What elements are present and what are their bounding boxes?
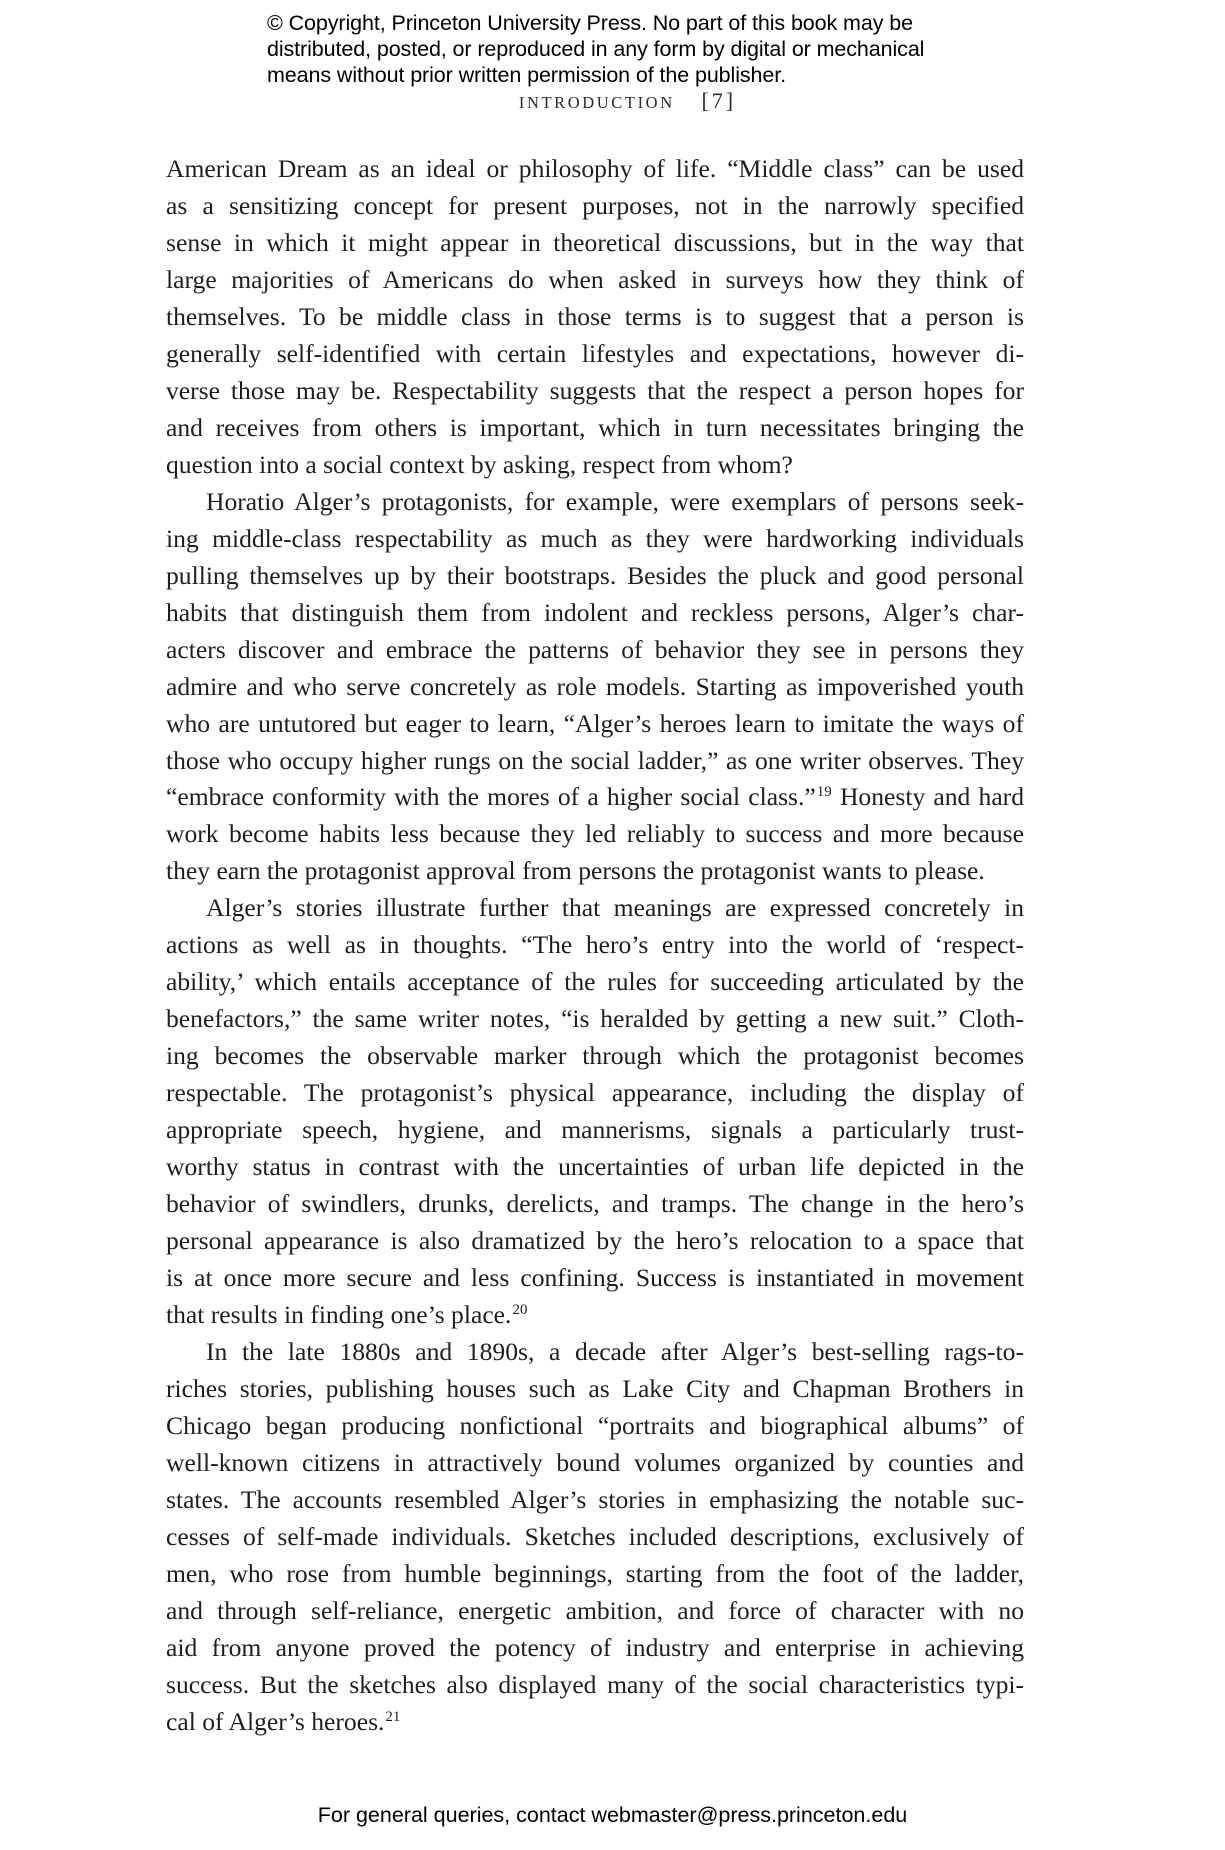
text-line: riches stories, publishing houses such a… (166, 1371, 1024, 1408)
text-line-with-footnote: “embrace conformity with the mores of a … (166, 779, 1024, 816)
body-text: American Dream as an ideal or philosophy… (166, 151, 1024, 1741)
paragraph: Alger’s stories illustrate further that … (166, 890, 1024, 1334)
text-line: men, who rose from humble beginnings, st… (166, 1556, 1024, 1593)
copyright-line: © Copyright, Princeton University Press.… (267, 10, 987, 36)
text-line: admire and who serve concretely as role … (166, 669, 1024, 706)
text-line: Alger’s stories illustrate further that … (166, 890, 1024, 927)
text-line: ing becomes the observable marker throug… (166, 1038, 1024, 1075)
page-number: [7] (701, 88, 736, 113)
text-line: Chicago began producing nonfictional “po… (166, 1408, 1024, 1445)
text-line: question into a social context by asking… (166, 447, 1024, 484)
text-line: verse those may be. Respectability sugge… (166, 373, 1024, 410)
text-line: aid from anyone proved the potency of in… (166, 1630, 1024, 1667)
text-line-with-footnote: that results in finding one’s place.20 (166, 1297, 1024, 1334)
text-line: and receives from others is important, w… (166, 410, 1024, 447)
text-line: habits that distinguish them from indole… (166, 595, 1024, 632)
text-line: work become habits less because they led… (166, 816, 1024, 853)
paragraph: Horatio Alger’s protagonists, for exampl… (166, 484, 1024, 891)
paragraph: American Dream as an ideal or philosophy… (166, 151, 1024, 484)
text-line: and through self-reliance, energetic amb… (166, 1593, 1024, 1630)
text-line: they earn the protagonist approval from … (166, 853, 1024, 890)
text-line: benefactors,” the same writer notes, “is… (166, 1001, 1024, 1038)
text-line: states. The accounts resembled Alger’s s… (166, 1482, 1024, 1519)
footnote-ref-19[interactable]: 19 (817, 784, 832, 800)
footnote-ref-21[interactable]: 21 (385, 1709, 400, 1725)
text-segment: cal of Alger’s heroes. (166, 1707, 384, 1736)
text-line: In the late 1880s and 1890s, a decade af… (166, 1334, 1024, 1371)
text-line: acters discover and embrace the patterns… (166, 632, 1024, 669)
text-line: ing middle-class respectability as much … (166, 521, 1024, 558)
text-line: sense in which it might appear in theore… (166, 225, 1024, 262)
copyright-line: means without prior written permission o… (267, 62, 987, 88)
text-line: success. But the sketches also displayed… (166, 1667, 1024, 1704)
text-line: cesses of self-made individuals. Sketche… (166, 1519, 1024, 1556)
text-line: generally self-identified with certain l… (166, 336, 1024, 373)
copyright-line: distributed, posted, or reproduced in an… (267, 36, 987, 62)
text-line: behavior of swindlers, drunks, derelicts… (166, 1186, 1024, 1223)
text-line: as a sensitizing concept for present pur… (166, 188, 1024, 225)
text-line: worthy status in contrast with the uncer… (166, 1149, 1024, 1186)
text-line: Horatio Alger’s protagonists, for exampl… (166, 484, 1024, 521)
text-line: ability,’ which entails acceptance of th… (166, 964, 1024, 1001)
text-line: pulling themselves up by their bootstrap… (166, 558, 1024, 595)
text-line: themselves. To be middle class in those … (166, 299, 1024, 336)
footnote-ref-20[interactable]: 20 (512, 1302, 527, 1318)
text-line: well-known citizens in attractively boun… (166, 1445, 1024, 1482)
text-line-with-footnote: cal of Alger’s heroes.21 (166, 1704, 1024, 1741)
text-line: who are untutored but eager to learn, “A… (166, 706, 1024, 743)
text-line: actions as well as in thoughts. “The her… (166, 927, 1024, 964)
text-line: is at once more secure and less confinin… (166, 1260, 1024, 1297)
paragraph: In the late 1880s and 1890s, a decade af… (166, 1334, 1024, 1741)
copyright-notice: © Copyright, Princeton University Press.… (267, 10, 987, 88)
text-line: those who occupy higher rungs on the soc… (166, 743, 1024, 780)
text-line: personal appearance is also dramatized b… (166, 1223, 1024, 1260)
text-line: respectable. The protagonist’s physical … (166, 1075, 1024, 1112)
running-title: INTRODUCTION (519, 93, 675, 112)
text-line: appropriate speech, hygiene, and manneri… (166, 1112, 1024, 1149)
running-head: INTRODUCTION [7] (0, 88, 1225, 114)
text-line: American Dream as an ideal or philosophy… (166, 151, 1024, 188)
text-segment: that results in finding one’s place. (166, 1300, 511, 1329)
footer-contact: For general queries, contact webmaster@p… (0, 1803, 1225, 1828)
text-segment: Honesty and hard (832, 782, 1024, 811)
text-segment: “embrace conformity with the mores of a … (166, 782, 816, 811)
text-line: large majorities of Americans do when as… (166, 262, 1024, 299)
